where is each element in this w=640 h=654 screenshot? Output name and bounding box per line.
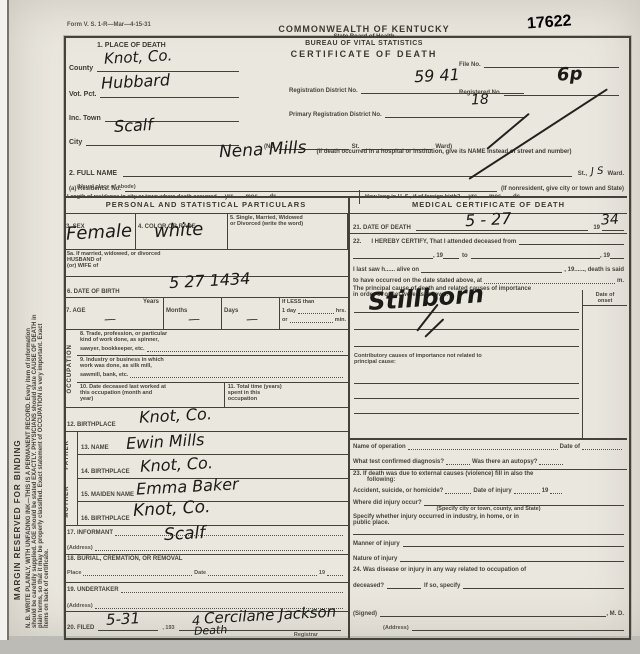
dob-handwriting: 5 27 1434	[169, 268, 251, 291]
file-no-label: File No.	[459, 62, 481, 68]
file-no-handwriting: 17622	[526, 12, 572, 33]
age-days-dash: —	[246, 312, 259, 327]
mother-maiden-label: 15. MAIDEN NAME	[81, 492, 134, 498]
field23-text-1b: following:	[367, 477, 624, 483]
city-handwriting: Scalf	[114, 115, 154, 136]
operation-date-label: Date of	[560, 444, 580, 450]
death-year-handwriting: 34	[601, 212, 620, 229]
age-months-label: Months	[166, 308, 187, 314]
scanned-death-certificate: MARGIN RESERVED FOR BINDING N. B. WRITE …	[0, 0, 640, 654]
mother-birthplace-label: 16. BIRTHPLACE	[81, 516, 130, 522]
injury-date-label: Date of injury	[473, 488, 511, 494]
specify-answer-line	[353, 526, 624, 535]
race-handwriting: white	[153, 218, 203, 242]
certify-from-line	[519, 235, 624, 245]
autopsy-label: Was there an autopsy?	[472, 459, 537, 465]
last-saw-text: I last saw h...... alive on	[353, 267, 419, 273]
marital-label-2: or Divorced (write the word)	[230, 221, 345, 227]
informant-line	[115, 527, 343, 536]
nature-injury-label: Nature of injury	[353, 556, 397, 562]
where-injury-line	[424, 496, 624, 506]
burial-year-label: 19	[319, 570, 325, 576]
primary-district-label: Primary Registration District No.	[289, 112, 382, 118]
operation-line	[408, 441, 558, 450]
main-columns: PERSONAL AND STATISTICAL PARTICULARS 3. …	[64, 196, 627, 638]
burial-place-line	[83, 567, 192, 576]
autopsy-line	[539, 456, 563, 465]
informant-handwriting: Scalf	[164, 523, 206, 545]
certify-text: I HEREBY CERTIFY, That I attended deceas…	[371, 239, 516, 245]
header-block: COMMONWEALTH OF KENTUCKY State Board of …	[239, 24, 489, 59]
contributory-line-3	[354, 399, 579, 414]
father-side-label: FATHER	[64, 432, 77, 479]
field22-number: 22.	[353, 239, 361, 245]
personal-column: PERSONAL AND STATISTICAL PARTICULARS 3. …	[64, 198, 350, 638]
date-of-death-19: 19	[593, 225, 600, 231]
test-label: What test confirmed diagnosis?	[353, 459, 444, 465]
age-label: 7. AGE	[66, 308, 85, 314]
st-label: St.,	[578, 171, 587, 177]
test-line	[446, 456, 470, 465]
age-hrs-label: hrs.	[336, 308, 346, 314]
cause-line-3	[354, 330, 579, 347]
cause-line-2	[354, 313, 579, 330]
burial-label: 18. BURIAL, CREMATION, OR REMOVAL	[67, 556, 345, 562]
contributory-line-2	[354, 384, 579, 399]
field24-specify: If so, specify	[424, 583, 460, 589]
burial-place-label: Place	[67, 570, 81, 576]
operation-date-line	[582, 441, 622, 450]
age-or-label: or	[282, 317, 288, 323]
date-onset-label-2: onset	[583, 298, 627, 306]
full-name-line	[123, 167, 572, 177]
informant-label: 17. INFORMANT	[67, 530, 113, 536]
certify-date2-line	[471, 249, 600, 259]
last-saw-text-2: , 19......, death is said	[564, 267, 624, 273]
burial-year-line	[327, 567, 343, 576]
margin-note-line: items on back of certificate.	[44, 28, 50, 628]
ward-handwriting: J S	[591, 166, 604, 178]
nature-injury-line	[400, 552, 624, 562]
where-injury-label: Where did injury occur?	[353, 500, 422, 506]
date-of-death-handwriting: 5 - 27	[465, 209, 512, 230]
last-saw-line	[421, 263, 562, 273]
form-number: Form V. S. 1-R—Mar—4-15-31	[67, 22, 151, 28]
burial-date-label: Date	[194, 570, 206, 576]
date-of-death-label: 21. DATE OF DEATH	[353, 225, 411, 231]
injury-19-line	[550, 485, 562, 494]
field11-line3: occupation	[228, 396, 345, 402]
field9-line3: sawmill, bank, etc.	[80, 372, 128, 378]
undertaker-address-label: (Address)	[67, 603, 93, 609]
occupation-side-label: OCCUPATION	[64, 330, 77, 408]
personal-section-title: PERSONAL AND STATISTICAL PARTICULARS	[64, 198, 348, 214]
registered-no-handwriting: 6p	[556, 63, 582, 85]
registered-no-label: Registered No.	[459, 90, 501, 96]
field8-answer-line	[147, 343, 343, 352]
field24-answer-line	[387, 579, 421, 589]
specify-city-note: (Specify city or town, county, and State…	[353, 506, 624, 512]
undertaker-line	[121, 584, 343, 593]
age-years-label: Years	[143, 299, 159, 305]
age-hrs-line	[298, 305, 334, 314]
filed-note-handwriting: Death	[194, 624, 228, 639]
dob-label: 6. DATE OF BIRTH	[67, 289, 120, 295]
certify-date1-line	[353, 249, 433, 259]
filed-label: 20. FILED	[67, 625, 94, 631]
father-name-handwriting: Ewin Mills	[126, 430, 205, 453]
sex-handwriting: Female	[65, 220, 132, 244]
full-name-label: 2. FULL NAME	[69, 170, 117, 177]
informant-address-line	[95, 542, 343, 551]
father-name-label: 13. NAME	[81, 445, 109, 451]
bureau-subtitle: BUREAU OF VITAL STATISTICS	[239, 40, 489, 47]
filed-date-handwriting: 5-31	[106, 610, 141, 630]
mother-side-label: MOTHER	[64, 478, 77, 525]
county-label: County	[69, 65, 93, 72]
certificate-paper: MARGIN RESERVED FOR BINDING N. B. WRITE …	[9, 0, 640, 636]
primary-district-line	[385, 108, 524, 118]
certify-19b: , 19	[600, 253, 610, 259]
reg-district-label: Registration District No.	[289, 88, 358, 94]
medical-column: MEDICAL CERTIFICATE OF DEATH 21. DATE OF…	[350, 198, 627, 638]
operation-label: Name of operation	[353, 444, 406, 450]
certify-19a-line	[443, 249, 459, 259]
age-min-label: min.	[335, 317, 346, 323]
precinct-label: Vot. Pct.	[69, 91, 96, 98]
commonwealth-title: COMMONWEALTH OF KENTUCKY	[239, 24, 489, 34]
informant-address-label: (Address)	[67, 545, 93, 551]
field24-text-1: 24. Was disease or injury in any way rel…	[353, 567, 624, 573]
manner-injury-label: Manner of injury	[353, 541, 400, 547]
inc-town-label: Inc. Town	[69, 115, 101, 122]
father-birthplace-handwriting: Knot, Co.	[140, 453, 214, 476]
registrar-label: Registrar	[294, 632, 318, 638]
age-months-dash: —	[188, 312, 201, 327]
injury-19: 19	[542, 488, 549, 494]
field24-specify-line	[463, 579, 624, 589]
field9-answer-line	[130, 369, 343, 378]
scan-edge	[0, 0, 9, 640]
certify-to: to	[462, 253, 468, 259]
ward-label: Ward.	[608, 171, 624, 177]
county-handwriting: Knot, Co.	[104, 46, 173, 68]
md-label: , M. D.	[606, 611, 624, 617]
certify-19a: , 19	[433, 253, 443, 259]
precinct-handwriting: Hubbard	[101, 70, 171, 93]
burial-date-line	[208, 567, 317, 576]
field8-line3: sawyer, bookkeeper, etc.	[80, 346, 145, 352]
margin-binding-text: MARGIN RESERVED FOR BINDING	[13, 439, 22, 600]
marital-5a-line3: (or) WIFE of	[67, 263, 345, 269]
city-line	[86, 136, 239, 146]
certificate-title: CERTIFICATE OF DEATH	[239, 49, 489, 59]
undertaker-label: 19. UNDERTAKER	[67, 587, 119, 593]
field10-line3: year)	[80, 396, 221, 402]
hospital-note: (If death occurred in a hospital or inst…	[259, 149, 629, 155]
injury-date-line	[514, 485, 540, 494]
field24-deceased: deceased?	[353, 583, 384, 589]
occurred-time-line	[484, 275, 615, 284]
filed-year-label: , 193	[162, 625, 174, 631]
city-label: City	[69, 139, 82, 146]
father-birthplace-label: 14. BIRTHPLACE	[81, 469, 130, 475]
file-no-line	[484, 58, 619, 68]
age-min-line	[290, 314, 333, 323]
certify-19b-line	[610, 249, 624, 259]
age-years-dash: —	[104, 312, 117, 327]
age-days-label: Days	[224, 308, 238, 314]
signed-label: (Signed)	[353, 611, 377, 617]
mother-birthplace-handwriting: Knot, Co.	[133, 497, 211, 521]
birthplace-label: 12. BIRTHPLACE	[67, 422, 116, 428]
accident-label: Accident, suicide, or homicide?	[353, 488, 443, 494]
contributory-line-1	[354, 365, 579, 384]
birthplace-handwriting: Knot, Co.	[139, 404, 213, 427]
signed-line	[380, 607, 606, 617]
reg-district-handwriting: 59 41	[414, 65, 461, 86]
signed-address-label: (Address)	[383, 625, 409, 631]
signed-address-line	[412, 621, 624, 631]
occurred-m: m.	[617, 278, 624, 284]
manner-injury-line	[403, 537, 624, 547]
accident-line	[445, 485, 471, 494]
